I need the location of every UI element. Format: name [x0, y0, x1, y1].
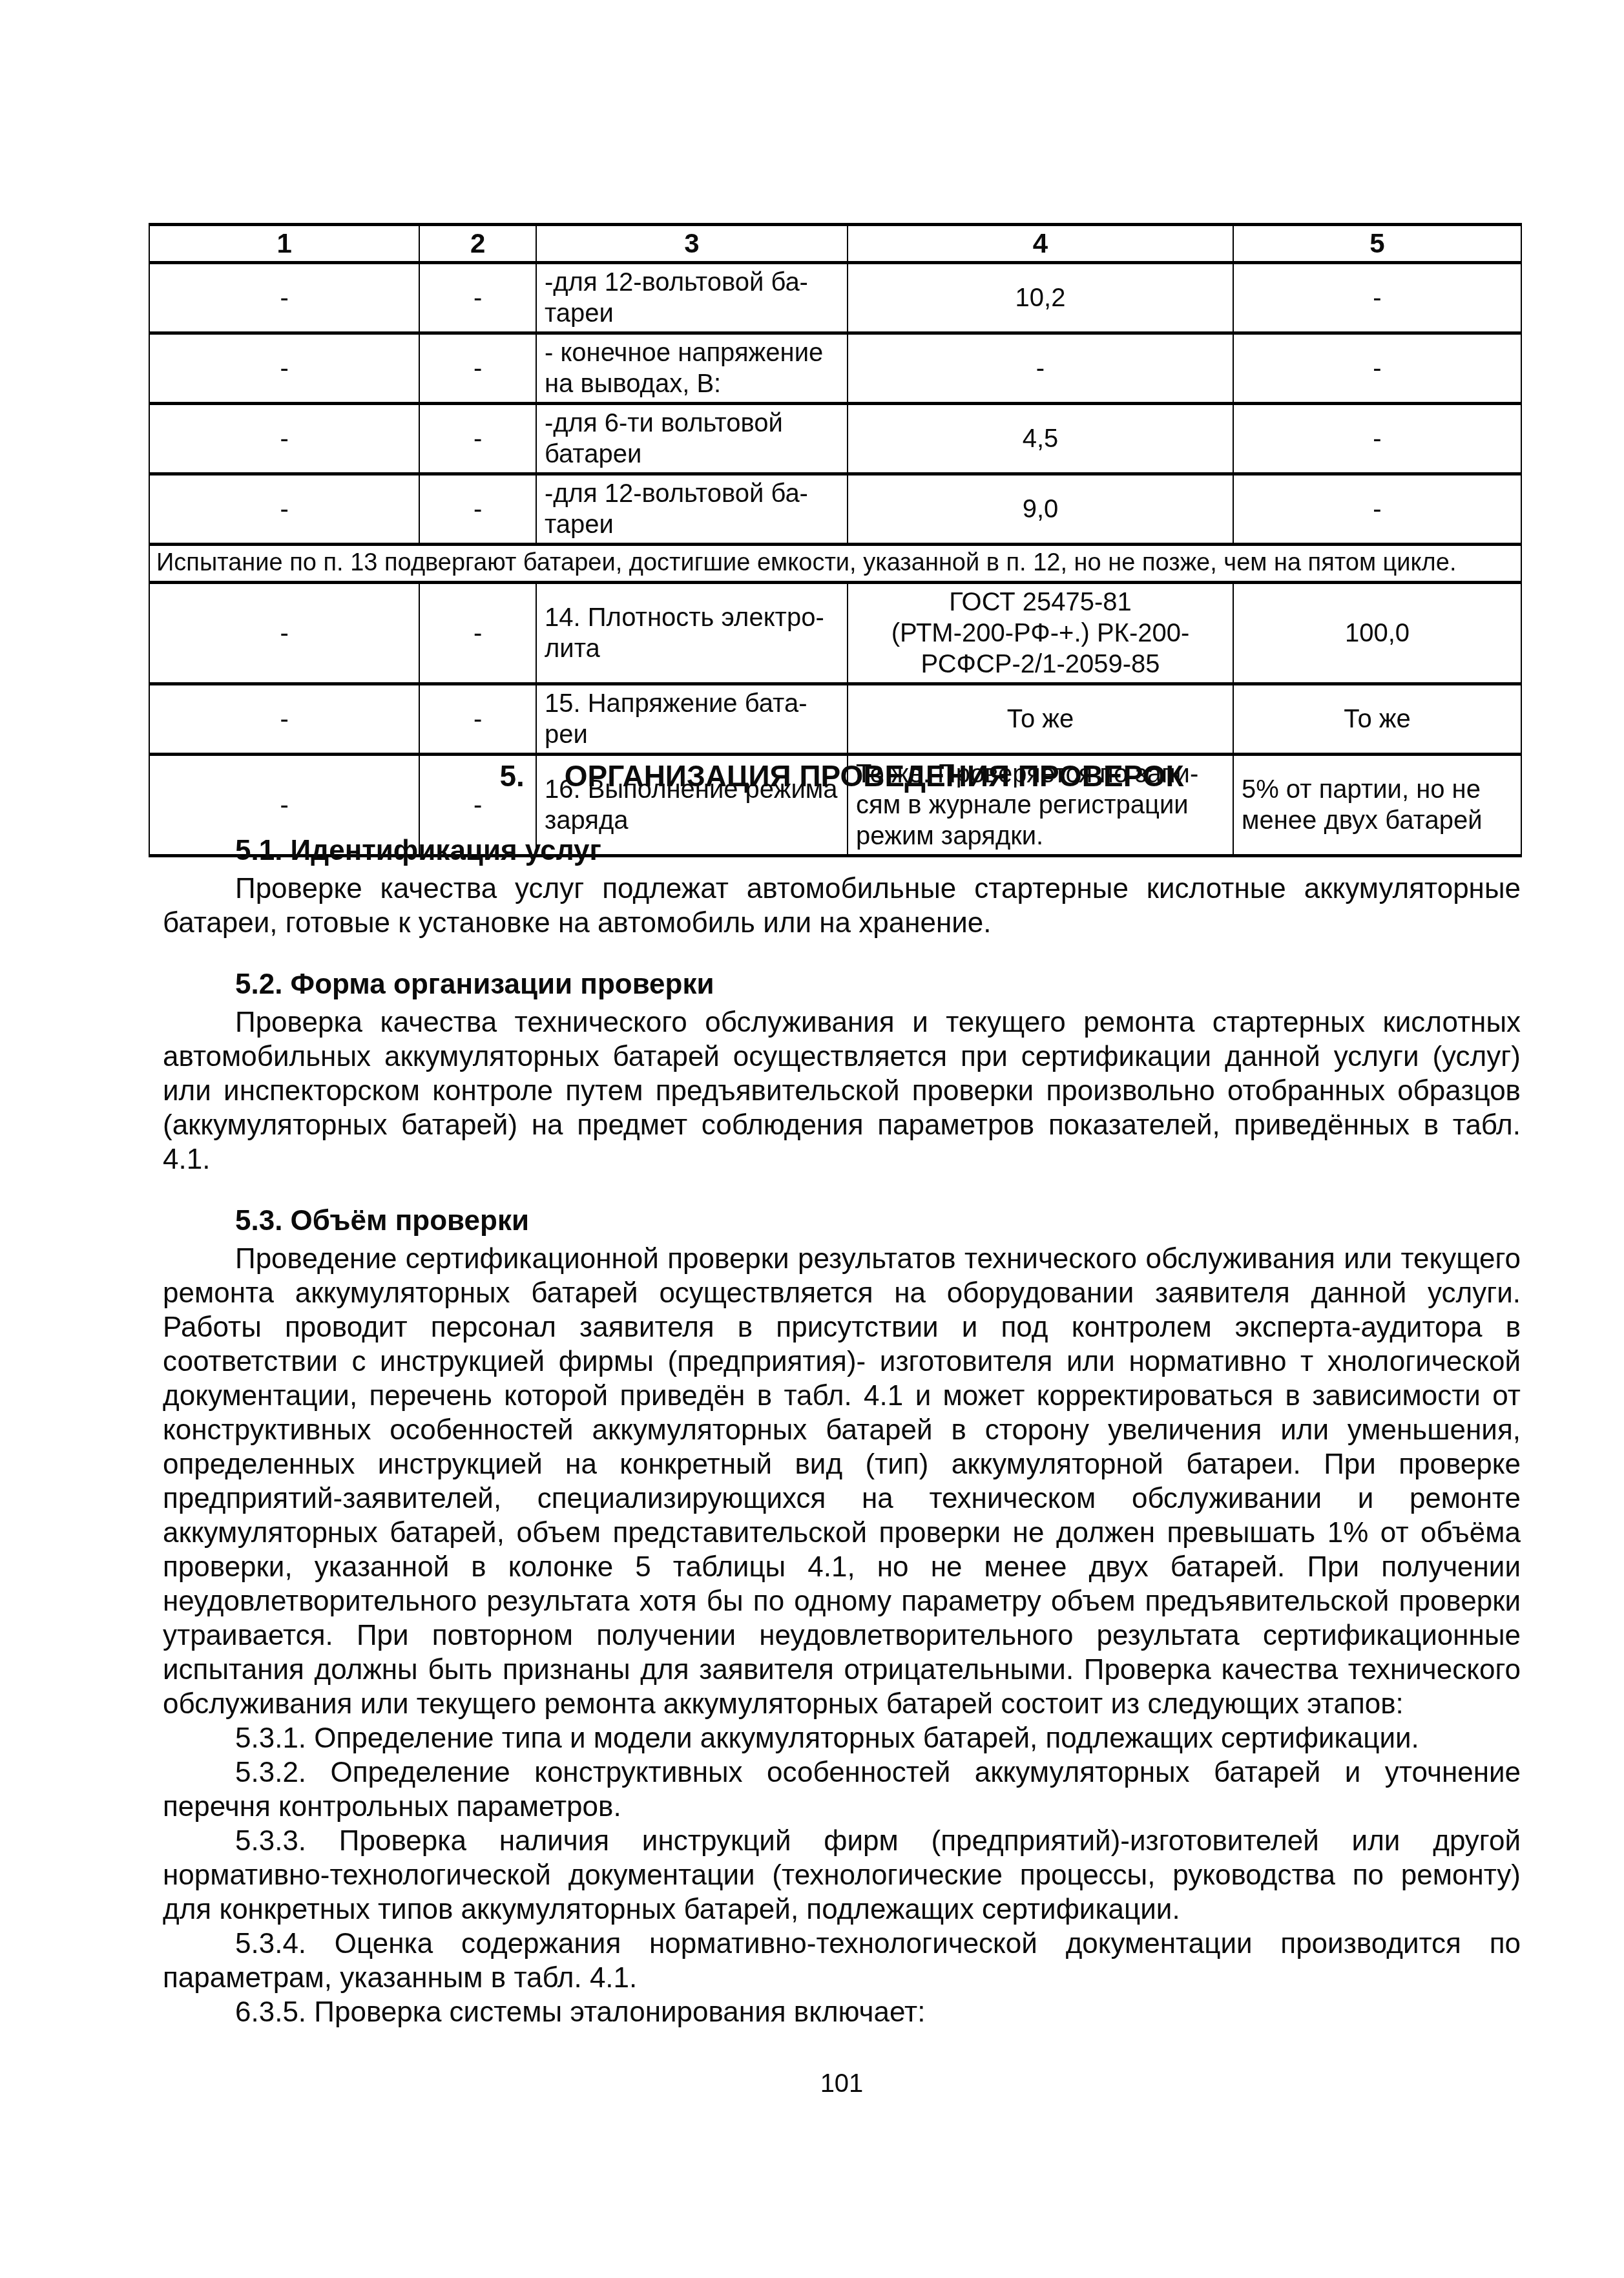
section-5-3-heading: 5.3. Объём проверки: [163, 1204, 1521, 1238]
section-5-1-heading: 5.1. Идентификация услуг: [163, 833, 1521, 868]
table-header-row: 1 2 3 4 5: [149, 225, 1521, 263]
cell-r15-c1: -: [149, 684, 419, 754]
cell-r3-c3: -для 6-ти вольтовой батареи: [536, 404, 848, 474]
cell-r4-c4: 9,0: [848, 474, 1233, 545]
cell-r3-c2: -: [419, 404, 536, 474]
list-item-5-3-4: 5.3.4. Оценка содержания нормативно-техн…: [163, 1927, 1521, 1995]
cell-r3-c5: -: [1233, 404, 1521, 474]
header-cell-2: 2: [419, 225, 536, 263]
section-5-title: ОРГАНИЗАЦИЯ ПРОВЕДЕНИЯ ПРОВЕРОК: [565, 759, 1184, 793]
note-cell-test-13: Испытание по п. 13 подвергают батареи, д…: [149, 545, 1521, 583]
cell-r2-c5: -: [1233, 333, 1521, 404]
list-item-6-3-5: 6.3.5. Проверка системы эталонирования в…: [163, 1995, 1521, 2029]
cell-r4-c2: -: [419, 474, 536, 545]
table-row: - - 15. Напряжение бата- реи То же То же: [149, 684, 1521, 754]
cell-r15-c4: То же: [848, 684, 1233, 754]
section-5-number: 5.: [499, 759, 524, 793]
header-cell-1: 1: [149, 225, 419, 263]
cell-r2-c2: -: [419, 333, 536, 404]
cell-r1-c4: 10,2: [848, 263, 1233, 333]
cell-r4-c3: -для 12-вольтовой ба- тареи: [536, 474, 848, 545]
cell-r2-c4: -: [848, 333, 1233, 404]
section-5-3-paragraph: Проведение сертификационной проверки рез…: [163, 1242, 1521, 1721]
cell-r4-c1: -: [149, 474, 419, 545]
cell-r3-c1: -: [149, 404, 419, 474]
cell-r1-c1: -: [149, 263, 419, 333]
section-5-2-heading: 5.2. Форма организации проверки: [163, 967, 1521, 1001]
list-item-5-3-2: 5.3.2. Определение конструктивных особен…: [163, 1755, 1521, 1824]
page-number: 101: [163, 2067, 1521, 2101]
cell-r15-c2: -: [419, 684, 536, 754]
table-note-row: Испытание по п. 13 подвергают батареи, д…: [149, 545, 1521, 583]
cell-r15-c5: То же: [1233, 684, 1521, 754]
cell-r14-c3: 14. Плотность электро- лита: [536, 582, 848, 684]
table-row: - - - конечное напряжение на выводах, В:…: [149, 333, 1521, 404]
section-5-heading: 5.ОРГАНИЗАЦИЯ ПРОВЕДЕНИЯ ПРОВЕРОК: [163, 759, 1521, 793]
cell-r3-c4: 4,5: [848, 404, 1233, 474]
cell-r14-c1: -: [149, 582, 419, 684]
header-cell-4: 4: [848, 225, 1233, 263]
table-row: - - 14. Плотность электро- лита ГОСТ 254…: [149, 582, 1521, 684]
cell-r4-c5: -: [1233, 474, 1521, 545]
cell-r2-c3: - конечное напряжение на выводах, В:: [536, 333, 848, 404]
cell-r1-c5: -: [1233, 263, 1521, 333]
header-cell-3: 3: [536, 225, 848, 263]
section-5-2-paragraph: Проверка качества технического обслужива…: [163, 1005, 1521, 1176]
cell-r1-c2: -: [419, 263, 536, 333]
cell-r14-c5: 100,0: [1233, 582, 1521, 684]
cell-r14-c2: -: [419, 582, 536, 684]
document-body: 5.ОРГАНИЗАЦИЯ ПРОВЕДЕНИЯ ПРОВЕРОК 5.1. И…: [163, 759, 1521, 2101]
document-page: 1 2 3 4 5 - - -для 12-вольтовой ба- таре…: [0, 0, 1624, 2278]
cell-r2-c1: -: [149, 333, 419, 404]
section-5-1-paragraph: Проверке качества услуг подлежат автомоб…: [163, 872, 1521, 940]
table-row: - - -для 6-ти вольтовой батареи 4,5 -: [149, 404, 1521, 474]
cell-r14-c4: ГОСТ 25475-81 (РТМ-200-РФ-+.) РК-200- РС…: [848, 582, 1233, 684]
header-cell-5: 5: [1233, 225, 1521, 263]
table-row: - - -для 12-вольтовой ба- тареи 10,2 -: [149, 263, 1521, 333]
list-item-5-3-1: 5.3.1. Определение типа и модели аккумул…: [163, 1721, 1521, 1755]
cell-r1-c3: -для 12-вольтовой ба- тареи: [536, 263, 848, 333]
table-row: - - -для 12-вольтовой ба- тареи 9,0 -: [149, 474, 1521, 545]
cell-r15-c3: 15. Напряжение бата- реи: [536, 684, 848, 754]
list-item-5-3-3: 5.3.3. Проверка наличия инструкций фирм …: [163, 1824, 1521, 1927]
